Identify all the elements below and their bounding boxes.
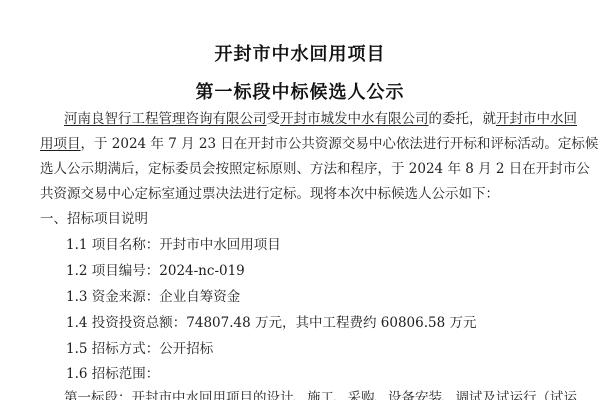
item-value: 74807.48 万元，其中工程费约 60806.58 万元 — [186, 315, 476, 331]
intro-line-3: 选人公示期满后，定标委员会按照定标原则、方法和程序，于 2024 年 8 月 2… — [40, 160, 590, 178]
item-value: 企业自筹资金 — [159, 289, 240, 305]
item-label: 1.6 招标范围： — [66, 366, 159, 382]
intro-text: ，于 2024 年 7 月 23 日在开封市公共资源交易中心依法进行开标和评标活… — [81, 136, 599, 152]
document-subtitle: 第一标段中标候选人公示 — [0, 78, 600, 104]
item-label: 1.5 招标方式： — [66, 341, 159, 357]
document-page: 开封市中水回用项目 第一标段中标候选人公示 河南良智行工程管理咨询有限公司受开封… — [0, 0, 600, 400]
item-value: 公开招标 — [159, 341, 213, 357]
client-name: 开封市城发中水有限公司 — [280, 111, 429, 127]
project-name-part-b: 用项目 — [40, 136, 81, 152]
item-funding-source: 1.3 资金来源：企业自筹资金 — [66, 288, 240, 306]
intro-text: 受 — [267, 111, 281, 127]
item-bidding-scope: 1.6 招标范围： — [66, 365, 159, 383]
project-name-part-a: 开封市中水回 — [496, 111, 577, 127]
section-heading: 一、招标项目说明 — [40, 210, 148, 228]
item-project-name: 1.1 项目名称：开封市中水回用项目 — [66, 236, 281, 254]
document-title: 开封市中水回用项目 — [0, 40, 600, 66]
item-total-investment: 1.4 投资投资总额：74807.48 万元，其中工程费约 60806.58 万… — [66, 314, 476, 332]
item-label: 1.4 投资投资总额： — [66, 315, 186, 331]
scope-description: 第一标段：开封市中水回用项目的设计、施工、采购、设备安装、调试及试运行（试运 — [64, 389, 577, 400]
item-label: 1.2 项目编号： — [66, 263, 159, 279]
agency-name: 河南良智行工程管理咨询有限公司 — [64, 111, 267, 127]
intro-line-2: 用项目，于 2024 年 7 月 23 日在开封市公共资源交易中心依法进行开标和… — [40, 135, 598, 153]
item-label: 1.1 项目名称： — [66, 237, 159, 253]
intro-line-1: 河南良智行工程管理咨询有限公司受开封市城发中水有限公司的委托，就开封市中水回 — [64, 110, 577, 128]
item-value: 2024-nc-019 — [159, 263, 245, 279]
intro-text: 的委托，就 — [429, 111, 497, 127]
item-project-number: 1.2 项目编号：2024-nc-019 — [66, 262, 245, 280]
item-value: 开封市中水回用项目 — [159, 237, 281, 253]
item-label: 1.3 资金来源： — [66, 289, 159, 305]
intro-line-4: 共资源交易中心定标室通过票决法进行定标。现将本次中标候选人公示如下： — [40, 185, 499, 203]
item-bidding-method: 1.5 招标方式：公开招标 — [66, 340, 213, 358]
